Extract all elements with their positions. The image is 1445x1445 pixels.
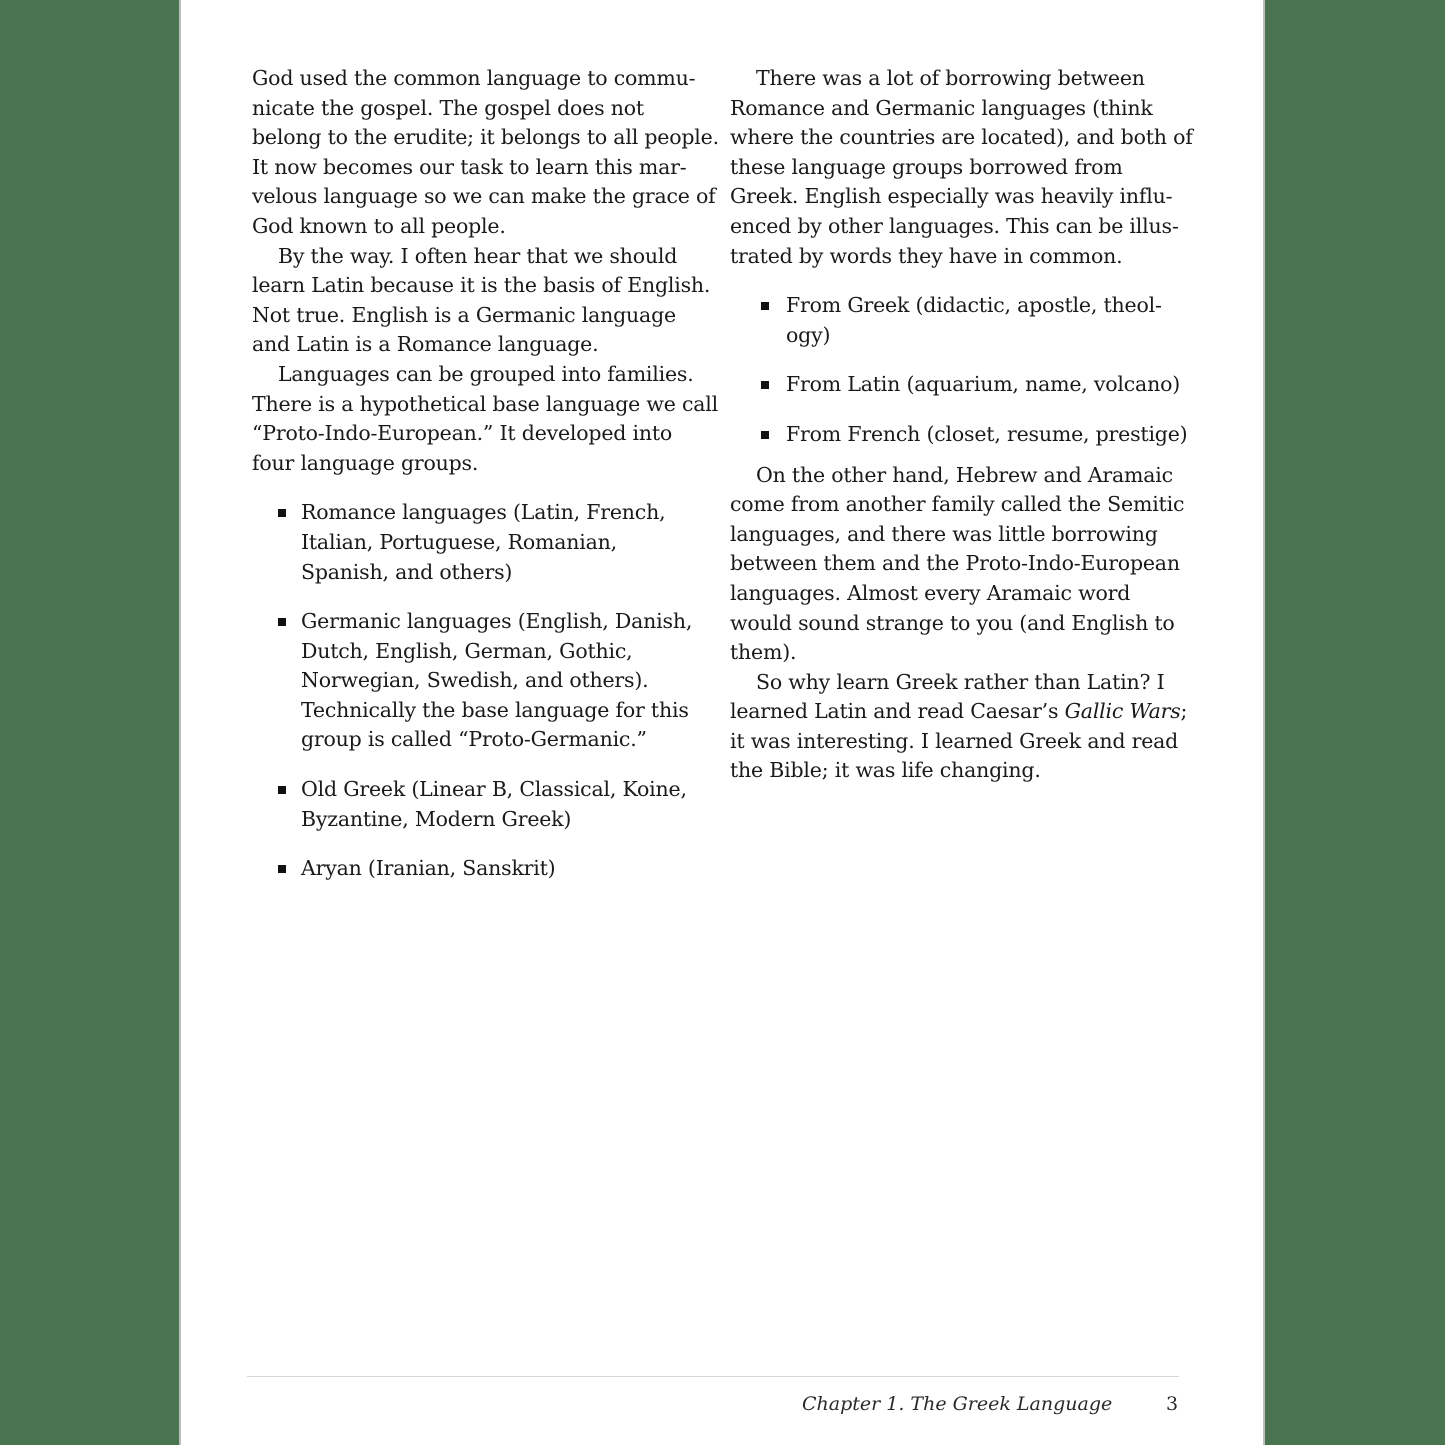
text-line: Germanic languages (English, Danish, (301, 607, 707, 637)
text-line: Languages can be grouped into families. (252, 360, 707, 390)
running-footer-chapter-title: Chapter 1. The Greek Language (802, 1393, 1112, 1415)
text-line: velous language so we can make the grace… (252, 182, 707, 212)
paragraph-borrowing: There was a lot of borrowing between Rom… (730, 64, 1182, 271)
text-line: Byzantine, Modern Greek) (301, 805, 707, 835)
text-line: them). (730, 638, 1182, 668)
square-bullet-icon (761, 431, 769, 439)
paragraph-latin: By the way. I often hear that we should … (252, 242, 707, 360)
text-line: There is a hypothetical base language we… (252, 390, 707, 420)
paragraph-why-greek: So why learn Greek rather than Latin? I … (730, 668, 1182, 786)
text-line: It now becomes our task to learn this ma… (252, 153, 707, 183)
text-line: enced by other languages. This can be il… (730, 212, 1182, 242)
text-line: four language groups. (252, 449, 707, 479)
right-column: There was a lot of borrowing between Rom… (730, 64, 1182, 786)
list-item-from-greek: From Greek (didactic, apostle, theol- og… (730, 291, 1182, 350)
text-fragment: ; (1181, 699, 1188, 723)
text-line: belong to the erudite; it belongs to all… (252, 123, 707, 153)
text-line: God used the common language to commu- (252, 64, 707, 94)
paragraph-semitic: On the other hand, Hebrew and Aramaic co… (730, 461, 1182, 668)
square-bullet-icon (761, 302, 769, 310)
text-line: Italian, Portuguese, Romanian, (301, 528, 707, 558)
text-line: it was interesting. I learned Greek and … (730, 727, 1182, 757)
text-line: Old Greek (Linear B, Classical, Koine, (301, 775, 707, 805)
text-line: would sound strange to you (and English … (730, 609, 1182, 639)
text-line: Aryan (Iranian, Sanskrit) (301, 854, 707, 884)
list-item-old-greek: Old Greek (Linear B, Classical, Koine, B… (252, 775, 707, 834)
text-line: where the countries are located), and bo… (730, 123, 1182, 153)
text-line: From Greek (didactic, apostle, theol- (786, 291, 1182, 321)
list-item-from-latin: From Latin (aquarium, name, volcano) (730, 370, 1182, 400)
text-line: By the way. I often hear that we should (252, 242, 707, 272)
footer-divider (247, 1376, 1179, 1377)
text-line: Greek. English especially was heavily in… (730, 182, 1182, 212)
text-line: languages, and there was little borrowin… (730, 520, 1182, 550)
square-bullet-icon (278, 509, 286, 517)
text-line: Technically the base language for this (301, 696, 707, 726)
text-fragment: learned Latin and read Caesar’s (730, 699, 1065, 723)
text-line: From French (closet, resume, prestige) (786, 420, 1182, 450)
text-line: God known to all people. (252, 212, 707, 242)
list-item-germanic: Germanic languages (English, Danish, Dut… (252, 607, 707, 755)
square-bullet-icon (278, 618, 286, 626)
list-item-from-french: From French (closet, resume, prestige) (730, 420, 1182, 450)
text-line: On the other hand, Hebrew and Aramaic (730, 461, 1182, 491)
text-line: come from another family called the Semi… (730, 490, 1182, 520)
list-item-romance: Romance languages (Latin, French, Italia… (252, 498, 707, 587)
text-line: trated by words they have in common. (730, 242, 1182, 272)
text-line: Romance languages (Latin, French, (301, 498, 707, 528)
text-line: From Latin (aquarium, name, volcano) (786, 370, 1182, 400)
text-line: group is called “Proto-Germanic.” (301, 725, 707, 755)
text-line: “Proto-Indo-European.” It developed into (252, 419, 707, 449)
text-line: between them and the Proto-Indo-European (730, 549, 1182, 579)
borrowed-words-list: From Greek (didactic, apostle, theol- og… (730, 291, 1182, 449)
text-line: There was a lot of borrowing between (730, 64, 1182, 94)
square-bullet-icon (278, 865, 286, 873)
text-line: Dutch, English, German, Gothic, (301, 637, 707, 667)
text-line: languages. Almost every Aramaic word (730, 579, 1182, 609)
text-line: these language groups borrowed from (730, 153, 1182, 183)
text-line: learned Latin and read Caesar’s Gallic W… (730, 697, 1182, 727)
text-line: nicate the gospel. The gospel does not (252, 94, 707, 124)
paragraph-families: Languages can be grouped into families. … (252, 360, 707, 478)
text-line: So why learn Greek rather than Latin? I (730, 668, 1182, 698)
square-bullet-icon (761, 381, 769, 389)
paragraph-gospel: God used the common language to commu- n… (252, 64, 707, 242)
book-title-gallic-wars: Gallic Wars (1065, 699, 1181, 723)
text-line: Romance and Germanic languages (think (730, 94, 1182, 124)
language-groups-list: Romance languages (Latin, French, Italia… (252, 498, 707, 884)
text-line: Norwegian, Swedish, and others). (301, 666, 707, 696)
text-line: Spanish, and others) (301, 558, 707, 588)
text-line: the Bible; it was life changing. (730, 756, 1182, 786)
text-line: and Latin is a Romance language. (252, 330, 707, 360)
square-bullet-icon (278, 786, 286, 794)
page-number: 3 (1166, 1393, 1178, 1415)
text-line: learn Latin because it is the basis of E… (252, 271, 707, 301)
book-page: God used the common language to commu- n… (181, 0, 1263, 1445)
text-line: ogy) (786, 321, 1182, 351)
left-column: God used the common language to commu- n… (252, 64, 707, 884)
text-line: Not true. English is a Germanic language (252, 301, 707, 331)
list-item-aryan: Aryan (Iranian, Sanskrit) (252, 854, 707, 884)
